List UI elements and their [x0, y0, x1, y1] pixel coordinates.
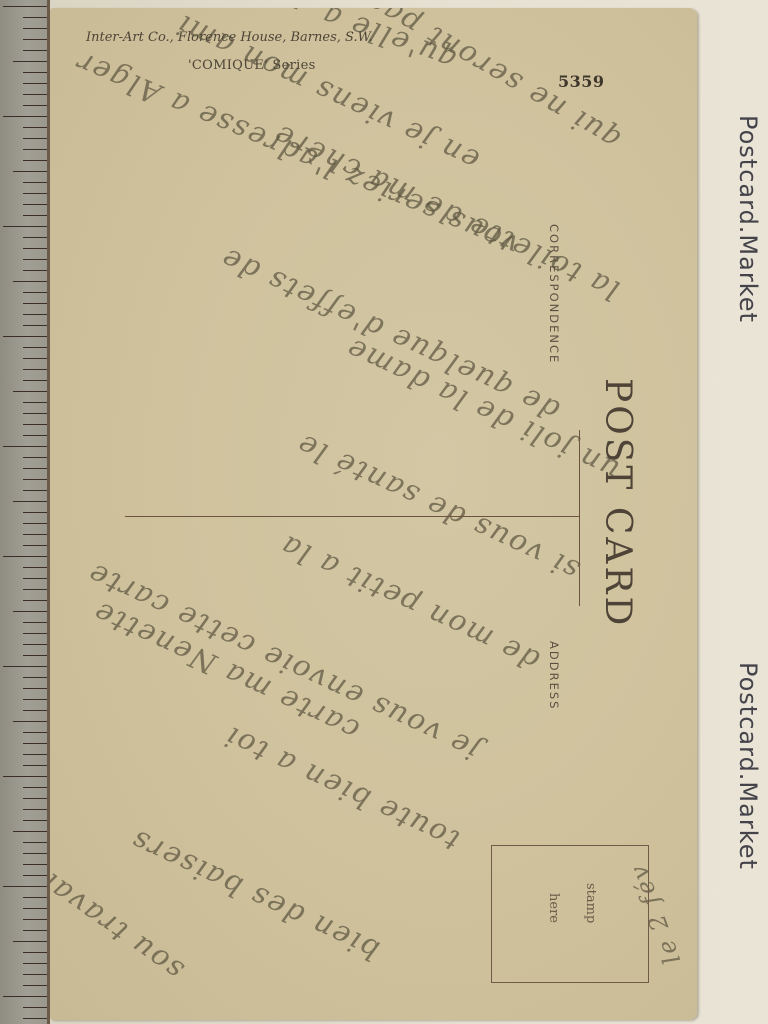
ruler-tick: [23, 655, 47, 656]
ruler-tick: [3, 446, 47, 447]
ruler-tick: [23, 479, 47, 480]
ruler-tick: [3, 886, 47, 887]
ruler-tick: [23, 710, 47, 711]
ruler-tick: [13, 831, 47, 832]
handwritten-line: de quelque d'effets de: [215, 241, 565, 428]
ruler-tick: [3, 6, 47, 7]
ruler-tick: [23, 600, 47, 601]
ruler-tick: [23, 292, 47, 293]
ruler-tick: [23, 347, 47, 348]
ruler-tick: [23, 303, 47, 304]
ruler-tick: [13, 171, 47, 172]
ruler-tick: [23, 930, 47, 931]
ruler-tick: [23, 248, 47, 249]
ruler-tick: [3, 116, 47, 117]
ruler-tick: [23, 457, 47, 458]
watermark-right-top: Postcard.Market: [734, 115, 762, 323]
ruler-tick: [23, 875, 47, 876]
ruler-tick: [23, 237, 47, 238]
serial-number: 5359: [558, 72, 605, 91]
ruler-tick: [23, 17, 47, 18]
ruler-tick: [23, 842, 47, 843]
ruler-tick: [23, 182, 47, 183]
ruler-tick: [23, 644, 47, 645]
stamp-label-here: here: [546, 893, 561, 923]
series-name: 'COMIQUE' Series: [188, 58, 316, 73]
ruler-tick: [13, 391, 47, 392]
ruler-tick: [23, 567, 47, 568]
ruler-tick: [23, 1018, 47, 1019]
ruler-tick: [23, 160, 47, 161]
ruler-tick: [23, 380, 47, 381]
ruler-tick: [23, 743, 47, 744]
vertical-divider: [579, 430, 580, 606]
ruler-tick: [3, 996, 47, 997]
ruler-tick: [23, 138, 47, 139]
ruler-tick: [23, 732, 47, 733]
ruler-tick: [23, 919, 47, 920]
ruler-tick: [23, 83, 47, 84]
ruler-tick: [23, 908, 47, 909]
ruler-tick: [23, 897, 47, 898]
ruler-tick: [23, 633, 47, 634]
ruler-tick: [23, 1007, 47, 1008]
ruler-tick: [13, 611, 47, 612]
ruler-tick: [23, 963, 47, 964]
ruler-tick: [23, 369, 47, 370]
ruler-tick: [23, 413, 47, 414]
ruler-tick: [23, 523, 47, 524]
ruler-tick: [13, 501, 47, 502]
ruler-tick: [23, 424, 47, 425]
post-card-title: POST CARD: [597, 378, 638, 628]
ruler-tick: [23, 28, 47, 29]
ruler-tick: [23, 50, 47, 51]
ruler-tick: [23, 622, 47, 623]
ruler-tick: [23, 270, 47, 271]
ruler-tick: [13, 61, 47, 62]
ruler-tick: [23, 314, 47, 315]
ruler-tick: [23, 72, 47, 73]
ruler-tick: [23, 215, 47, 216]
ruler-tick: [23, 402, 47, 403]
ruler-tick: [23, 578, 47, 579]
ruler-tick: [23, 149, 47, 150]
horizontal-divider: [125, 516, 580, 517]
ruler-tick: [3, 226, 47, 227]
ruler-tick: [23, 94, 47, 95]
ruler-tick: [23, 39, 47, 40]
measuring-ruler: Postcard.Market Postcard.Market: [0, 0, 50, 1024]
ruler-tick: [23, 534, 47, 535]
ruler-tick: [23, 809, 47, 810]
ruler-tick: [23, 105, 47, 106]
ruler-tick: [23, 798, 47, 799]
ruler-tick: [23, 853, 47, 854]
ruler-tick: [13, 281, 47, 282]
ruler-tick: [23, 490, 47, 491]
ruler-tick: [23, 974, 47, 975]
ruler-tick: [23, 864, 47, 865]
ruler-tick: [23, 259, 47, 260]
ruler-tick: [3, 336, 47, 337]
ruler-tick: [23, 699, 47, 700]
postcard-back: qui ne seront pas de trop qu'elle a, une…: [50, 8, 697, 1020]
ruler-tick: [23, 435, 47, 436]
ruler-tick: [23, 787, 47, 788]
ruler-tick: [13, 721, 47, 722]
ruler-tick: [23, 677, 47, 678]
ruler-tick: [23, 754, 47, 755]
ruler-tick: [23, 985, 47, 986]
ruler-tick: [3, 666, 47, 667]
ruler-tick: [23, 358, 47, 359]
stamp-box: stamp here: [491, 845, 649, 983]
ruler-tick: [3, 776, 47, 777]
ruler-tick: [23, 765, 47, 766]
ruler-tick: [23, 204, 47, 205]
ruler-tick: [13, 941, 47, 942]
ruler-tick: [3, 556, 47, 557]
ruler-tick: [23, 952, 47, 953]
ruler-tick: [23, 589, 47, 590]
ruler-tick: [23, 820, 47, 821]
ruler-tick: [23, 127, 47, 128]
ruler-tick: [23, 688, 47, 689]
ruler-tick: [23, 512, 47, 513]
address-label: ADDRESS: [547, 641, 561, 710]
correspondence-label: CORRESPONDENCE: [547, 224, 561, 364]
watermark-right-bottom: Postcard.Market: [734, 662, 762, 870]
stamp-label: stamp: [583, 883, 598, 923]
ruler-tick: [23, 325, 47, 326]
ruler-tick: [23, 545, 47, 546]
ruler-tick: [23, 193, 47, 194]
handwritten-line: je vous envoie cette carte: [82, 556, 485, 768]
publisher-imprint: Inter-Art Co., Florence House, Barnes, S…: [86, 30, 373, 45]
ruler-tick: [23, 468, 47, 469]
